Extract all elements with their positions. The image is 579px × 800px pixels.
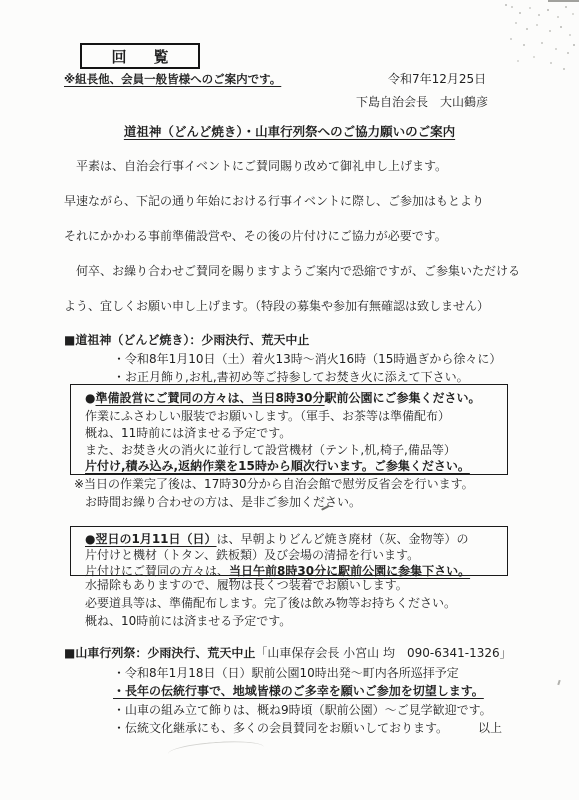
dashi-assembly-line: ・山車の組み立て飾りは、概ね9時頃（駅前公園）～ご見学歓迎です。 <box>113 703 492 717</box>
scan-dot-mark <box>557 680 560 685</box>
intro-paragraph-3: それにかかわる事前準備設営や、その後の片付けにご協力が必要です。 <box>64 229 447 243</box>
boots-note: 水掃除もありますので、履物は長くつ装着でお願いします。 <box>85 578 408 592</box>
nextday-line3: 片付けにご賛同の方々は、当日午前8時30分に駅前公園に参集下さい。 <box>85 562 470 579</box>
scan-edge-mark <box>548 0 579 2</box>
dashi-heading: ■山車行列祭：少雨決行、荒天中止「山車保存会長 小宮山 均 090-6341-1… <box>64 646 512 660</box>
document-sender: 下島自治会長 大山鶴彦 <box>356 95 488 109</box>
kairan-stamp-box: 回 覧 <box>80 43 200 69</box>
page-title: 道祖神（どんど焼き）・山車行列祭へのご協力願いのご案内 <box>0 124 579 139</box>
scan-noise-top-right <box>505 4 507 6</box>
dondoyaki-bring-line: ・お正月飾り,お札,書初め等ご持参してお焚き火に添えて下さい。 <box>113 370 469 384</box>
dashi-legacy-line: ・伝統文化継承にも、多くの会員賛同をお願いしております。 <box>113 721 448 735</box>
setup-bullet-icon: ● <box>85 391 95 405</box>
nextday-line1-rest: は、早朝よりどんど焼き廃材（灰、金物等）の <box>217 532 469 546</box>
dashi-tradition-line: ・長年の伝統行事で、地域皆様のご多幸を願いご参加を切望します。 <box>113 684 484 698</box>
intro-paragraph-2: 早速ながら、下記の通り年始における行事イベントに際し、ご参加はもとより <box>64 194 484 208</box>
party-note-1: ※当日の作業完了後は、17時30分から自治会館で慰労反省会を行います。 <box>74 477 474 491</box>
closing-label: 以上 <box>478 721 502 735</box>
intro-paragraph-1: 平素は、自治会行事イベントにご賛同賜り改めて御礼申し上げます。 <box>64 159 447 173</box>
party-note-2: お時間お繰り合わせの方は、是非ご参加ください。 <box>85 495 361 509</box>
setup-instructions-box: ●準備設営にご賛同の方々は、当日8時30分駅前公園にご参集ください。 作業にふさ… <box>70 384 508 475</box>
nextday-line2: 片付けと機材（トタン、鉄板類）及び会場の清掃を行います。 <box>85 546 419 563</box>
intro-paragraph-4: 何卒、お繰り合わせご賛同を賜りますようご案内で恐縮ですが、ご参集いただける <box>64 264 520 278</box>
nextday-line3-bold: 当日午前8時30分に駅前公園に参集下さい。 <box>229 564 470 578</box>
dondoyaki-date-line: ・令和8年1月10日（土）着火13時～消火16時（15時過ぎから徐々に） <box>113 352 501 366</box>
dondoyaki-heading: ■道祖神（どんど焼き）：少雨決行、荒天中止 <box>64 333 309 347</box>
setup-finish-line: 概ね、11時前には済ませる予定です。 <box>85 424 291 441</box>
nextday-date-line: ●翌日の1月11日（日）は、早朝よりどんど焼き廃材（灰、金物等）の <box>85 530 469 547</box>
kairan-label: 回 覧 <box>111 46 174 67</box>
dashi-heading-bold: ■山車行列祭：少雨決行、荒天中止 <box>64 646 255 660</box>
setup-call-rest: 駅前公園にご参集ください。 <box>325 391 481 405</box>
intro-paragraph-5: よう、宜しくお願い申し上げます。（特段の募集や参加有無確認は致しません） <box>64 299 489 313</box>
dashi-heading-contact: 「山車保存会長 小宮山 均 090-6341-1326」 <box>255 646 511 660</box>
nextday-bullet-and-date: ●翌日の1月11日（日） <box>85 532 217 546</box>
nextday-date-bold: 翌日の1月11日（日） <box>95 532 216 546</box>
nextday-bullet-icon: ● <box>85 532 95 546</box>
audience-note: ※組長他、会員一般皆様へのご案内です。 <box>64 73 281 87</box>
setup-call-underlined: 準備設営にご賛同の方々は、当日8時30分 <box>95 391 324 405</box>
setup-clothing-line: 作業にふさわしい服装でお願いします。（軍手、お茶等は準備配布） <box>85 407 450 424</box>
scanned-circular-document: 回 覧 ※組長他、会員一般皆様へのご案内です。 令和7年12月25日 下島自治会… <box>0 0 579 800</box>
setup-equipment-line: また、お焚き火の消火に並行して設営機材（テント,机,椅子,備品等） <box>85 441 456 458</box>
finish-note: 概ね、10時前には済ませる予定です。 <box>85 614 291 628</box>
tools-note: 必要道具等は、準備配布します。完了後は飲み物等お持ちください。 <box>85 596 456 610</box>
setup-call-line: ●準備設営にご賛同の方々は、当日8時30分駅前公園にご参集ください。 <box>85 389 481 406</box>
scan-smudge-bottom <box>168 739 265 763</box>
nextday-cleanup-box: ●翌日の1月11日（日）は、早朝よりどんど焼き廃材（灰、金物等）の 片付けと機材… <box>70 526 508 576</box>
dashi-schedule-line: ・令和8年1月18日（日）駅前公園10時出発～町内各所巡拝予定 <box>113 666 459 680</box>
nextday-line3-prefix: 片付けにご賛同の方々は、 <box>85 564 229 578</box>
document-date: 令和7年12月25日 <box>388 72 486 86</box>
setup-cleanup-line: 片付け,積み込み,返納作業を15時から順次行います。ご参集ください。 <box>85 457 470 474</box>
